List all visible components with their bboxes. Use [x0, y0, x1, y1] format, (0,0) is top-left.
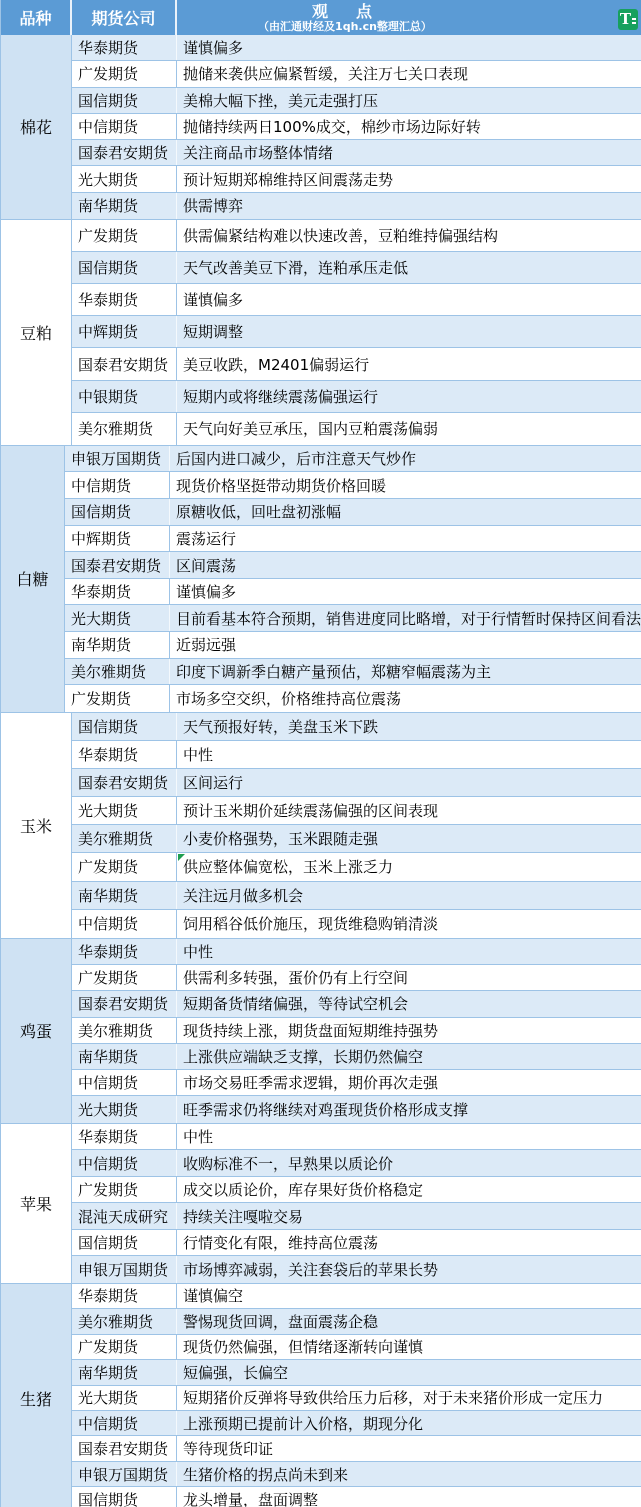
company-cell: 国信期货: [65, 499, 170, 525]
company-cell: 广发期货: [65, 685, 170, 712]
commodity-section: 棉花华泰期货谨慎偏多广发期货抛储来袭供应偏紧暂缓，关注万七关口表现国信期货美棉大…: [1, 35, 641, 220]
viewpoint-text: 饲用稻谷低价施压，现货维稳购销清淡: [183, 913, 438, 934]
viewpoint-cell: 短期备货情绪偏强，等待试空机会: [177, 991, 641, 1016]
viewpoint-text: 行情变化有限，维持高位震荡: [183, 1232, 378, 1253]
company-cell: 南华期货: [72, 1044, 177, 1069]
company-cell: 申银万国期货: [72, 1462, 177, 1486]
viewpoint-text: 区间运行: [183, 772, 243, 793]
viewpoint-text: 警惕现货回调，盘面震荡企稳: [183, 1311, 378, 1332]
table-row: 申银万国期货市场博弈减弱，关注套袋后的苹果长势: [72, 1256, 641, 1283]
table-row: 中银期货短期内或将继续震荡偏强运行: [72, 381, 641, 413]
table-row: 中信期货收购标准不一，早熟果以质论价: [72, 1150, 641, 1177]
table-row: 广发期货供应整体偏宽松，玉米上涨乏力: [72, 853, 641, 881]
table-row: 华泰期货中性: [72, 939, 641, 965]
company-cell: 光大期货: [72, 797, 177, 824]
viewpoint-cell: 供需利多转强，蛋价仍有上行空间: [177, 965, 641, 990]
company-cell: 南华期货: [65, 632, 170, 658]
viewpoint-cell: 现货持续上涨，期货盘面短期维持强势: [177, 1018, 641, 1043]
viewpoint-cell: 短偏强，长偏空: [177, 1360, 641, 1384]
viewpoint-text: 短期内或将继续震荡偏强运行: [183, 386, 378, 407]
viewpoint-cell: 饲用稻谷低价施压，现货维稳购销清淡: [177, 910, 641, 938]
company-cell: 广发期货: [72, 1177, 177, 1203]
company-cell: 广发期货: [72, 853, 177, 880]
section-rows: 华泰期货中性广发期货供需利多转强，蛋价仍有上行空间国泰君安期货短期备货情绪偏强，…: [72, 939, 641, 1123]
watermark-letter: T: [620, 12, 631, 27]
table-row: 美尔雅期货印度下调新季白糖产量预估，郑糖窄幅震荡为主: [65, 659, 641, 686]
table-row: 国泰君安期货美豆收跌，M2401偏弱运行: [72, 348, 641, 380]
company-cell: 申银万国期货: [72, 1256, 177, 1283]
company-cell: 美尔雅期货: [72, 825, 177, 852]
viewpoint-text: 预计玉米期价延续震荡偏强的区间表现: [183, 800, 438, 821]
viewpoint-cell: 中性: [177, 1124, 641, 1150]
table-row: 美尔雅期货现货持续上涨，期货盘面短期维持强势: [72, 1018, 641, 1044]
company-cell: 光大期货: [72, 166, 177, 191]
viewpoint-cell: 现货价格坚挺带动期货价格回暖: [170, 472, 641, 498]
variety-cell: 苹果: [1, 1124, 72, 1283]
company-cell: 广发期货: [72, 61, 177, 86]
table-row: 中辉期货震荡运行: [65, 526, 641, 553]
viewpoint-text: 谨慎偏多: [183, 37, 243, 58]
table-row: 光大期货预计玉米期价延续震荡偏强的区间表现: [72, 797, 641, 825]
viewpoint-cell: 警惕现货回调，盘面震荡企稳: [177, 1309, 641, 1333]
viewpoint-text: 关注商品市场整体情绪: [183, 142, 333, 163]
viewpoint-text: 上涨供应端缺乏支撑，长期仍然偏空: [183, 1046, 423, 1067]
company-cell: 广发期货: [72, 965, 177, 990]
table-row: 美尔雅期货小麦价格强势，玉米跟随走强: [72, 825, 641, 853]
viewpoint-text: 上涨预期已提前计入价格，期现分化: [183, 1413, 423, 1434]
company-cell: 国信期货: [72, 1230, 177, 1256]
table-row: 华泰期货中性: [72, 1124, 641, 1151]
table-row: 中信期货饲用稻谷低价施压，现货维稳购销清淡: [72, 910, 641, 938]
viewpoint-text: 成交以质论价，库存果好货价格稳定: [183, 1179, 423, 1200]
table-row: 广发期货成交以质论价，库存果好货价格稳定: [72, 1177, 641, 1204]
header-viewpoint-inner: 观 点 （由汇通财经及1qh.cn整理汇总）: [177, 3, 513, 33]
table-row: 光大期货旺季需求仍将继续对鸡蛋现货价格形成支撑: [72, 1096, 641, 1122]
viewpoint-text: 关注远月做多机会: [183, 885, 303, 906]
viewpoint-text: 原糖收低，回吐盘初涨幅: [176, 501, 341, 522]
header-variety: 品种: [1, 0, 72, 35]
viewpoint-text: 供需偏紧结构难以快速改善，豆粕维持偏强结构: [183, 225, 498, 246]
viewpoint-text: 小麦价格强势，玉米跟随走强: [183, 828, 378, 849]
table-row: 国泰君安期货关注商品市场整体情绪: [72, 140, 641, 166]
viewpoint-cell: 抛储来袭供应偏紧暂缓，关注万七关口表现: [177, 61, 641, 86]
variety-cell: 棉花: [1, 35, 72, 219]
table-row: 南华期货关注远月做多机会: [72, 882, 641, 910]
company-cell: 光大期货: [72, 1386, 177, 1410]
table-row: 美尔雅期货天气向好美豆承压，国内豆粕震荡偏弱: [72, 413, 641, 445]
company-cell: 中信期货: [72, 1070, 177, 1095]
viewpoint-text: 市场博弈减弱，关注套袋后的苹果长势: [183, 1259, 438, 1280]
viewpoint-cell: 市场交易旺季需求逻辑，期价再次走强: [177, 1070, 641, 1095]
variety-cell: 鸡蛋: [1, 939, 72, 1123]
table-row: 光大期货短期猪价反弹将导致供给压力后移，对于未来猪价形成一定压力: [72, 1386, 641, 1411]
commodity-section: 玉米国信期货天气预报好转，美盘玉米下跌华泰期货中性国泰君安期货区间运行光大期货预…: [1, 713, 641, 939]
table-row: 华泰期货谨慎偏多: [72, 35, 641, 61]
company-cell: 国泰君安期货: [72, 140, 177, 165]
viewpoint-text: 供需博弈: [183, 195, 243, 216]
viewpoint-cell: 短期内或将继续震荡偏强运行: [177, 381, 641, 412]
section-rows: 申银万国期货后国内进口减少，后市注意天气炒作中信期货现货价格坚挺带动期货价格回暖…: [65, 446, 641, 712]
company-cell: 国信期货: [72, 252, 177, 283]
company-cell: 华泰期货: [72, 741, 177, 768]
viewpoint-cell: 成交以质论价，库存果好货价格稳定: [177, 1177, 641, 1203]
viewpoint-text: 现货持续上涨，期货盘面短期维持强势: [183, 1020, 438, 1041]
viewpoint-text: 目前看基本符合预期，销售进度同比略增，对于行情暂时保持区间看法: [176, 608, 641, 629]
viewpoint-cell: 短期调整: [177, 316, 641, 347]
viewpoint-cell: 中性: [177, 741, 641, 768]
table-row: 南华期货短偏强，长偏空: [72, 1360, 641, 1385]
table-header: 品种 期货公司 观 点 （由汇通财经及1qh.cn整理汇总） T: [1, 0, 641, 35]
viewpoint-text: 抛储来袭供应偏紧暂缓，关注万七关口表现: [183, 63, 468, 84]
company-cell: 美尔雅期货: [72, 1309, 177, 1333]
table-row: 中信期货市场交易旺季需求逻辑，期价再次走强: [72, 1070, 641, 1096]
viewpoint-cell: 谨慎偏多: [177, 284, 641, 315]
table-row: 广发期货供需偏紧结构难以快速改善，豆粕维持偏强结构: [72, 220, 641, 252]
futures-opinions-table: 品种 期货公司 观 点 （由汇通财经及1qh.cn整理汇总） T 棉花华泰期货谨…: [0, 0, 641, 1507]
section-rows: 华泰期货谨慎偏多广发期货抛储来袭供应偏紧暂缓，关注万七关口表现国信期货美棉大幅下…: [72, 35, 641, 219]
viewpoint-cell: 市场多空交织，价格维持高位震荡: [170, 685, 641, 712]
viewpoint-cell: 行情变化有限，维持高位震荡: [177, 1230, 641, 1256]
viewpoint-text: 现货价格坚挺带动期货价格回暖: [176, 475, 386, 496]
viewpoint-cell: 收购标准不一，早熟果以质论价: [177, 1150, 641, 1176]
company-cell: 中辉期货: [72, 316, 177, 347]
company-cell: 中信期货: [65, 472, 170, 498]
company-cell: 国信期货: [72, 1487, 177, 1507]
table-row: 国泰君安期货短期备货情绪偏强，等待试空机会: [72, 991, 641, 1017]
company-cell: 华泰期货: [72, 284, 177, 315]
viewpoint-text: 谨慎偏空: [183, 1285, 243, 1306]
table-row: 国信期货天气改善美豆下滑，连粕承压走低: [72, 252, 641, 284]
viewpoint-cell: 市场博弈减弱，关注套袋后的苹果长势: [177, 1256, 641, 1283]
watermark-filter-icon: T: [618, 9, 638, 30]
company-cell: 华泰期货: [72, 1284, 177, 1308]
viewpoint-text: 生猪价格的拐点尚未到来: [183, 1464, 348, 1485]
viewpoint-text: 持续关注嘎啦交易: [183, 1206, 303, 1227]
section-rows: 广发期货供需偏紧结构难以快速改善，豆粕维持偏强结构国信期货天气改善美豆下滑，连粕…: [72, 220, 641, 445]
viewpoint-text: 供应整体偏宽松，玉米上涨乏力: [183, 856, 393, 877]
company-cell: 混沌天成研究: [72, 1203, 177, 1229]
company-cell: 申银万国期货: [65, 446, 170, 472]
table-row: 美尔雅期货警惕现货回调，盘面震荡企稳: [72, 1309, 641, 1334]
viewpoint-cell: 关注商品市场整体情绪: [177, 140, 641, 165]
viewpoint-cell: 供应整体偏宽松，玉米上涨乏力: [177, 853, 641, 880]
viewpoint-cell: 美棉大幅下挫，美元走强打压: [177, 88, 641, 113]
table-row: 华泰期货谨慎偏空: [72, 1284, 641, 1309]
viewpoint-cell: 生猪价格的拐点尚未到来: [177, 1462, 641, 1486]
viewpoint-text: 市场多空交织，价格维持高位震荡: [176, 688, 401, 709]
company-cell: 国信期货: [72, 88, 177, 113]
company-cell: 中辉期货: [65, 526, 170, 552]
viewpoint-cell: 旺季需求仍将继续对鸡蛋现货价格形成支撑: [177, 1096, 641, 1122]
commodity-section: 生猪华泰期货谨慎偏空美尔雅期货警惕现货回调，盘面震荡企稳广发期货现货仍然偏强，但…: [1, 1284, 641, 1507]
viewpoint-text: 供需利多转强，蛋价仍有上行空间: [183, 967, 408, 988]
company-cell: 美尔雅期货: [72, 413, 177, 445]
company-cell: 南华期货: [72, 882, 177, 909]
viewpoint-text: 区间震荡: [176, 555, 236, 576]
company-cell: 美尔雅期货: [72, 1018, 177, 1043]
viewpoint-cell: 谨慎偏多: [170, 579, 641, 605]
viewpoint-text: 印度下调新季白糖产量预估，郑糖窄幅震荡为主: [176, 661, 491, 682]
commodity-section: 豆粕广发期货供需偏紧结构难以快速改善，豆粕维持偏强结构国信期货天气改善美豆下滑，…: [1, 220, 641, 446]
table-row: 广发期货抛储来袭供应偏紧暂缓，关注万七关口表现: [72, 61, 641, 87]
viewpoint-text: 收购标准不一，早熟果以质论价: [183, 1153, 393, 1174]
viewpoint-cell: 天气改善美豆下滑，连粕承压走低: [177, 252, 641, 283]
commodity-section: 白糖申银万国期货后国内进口减少，后市注意天气炒作中信期货现货价格坚挺带动期货价格…: [1, 446, 641, 713]
table-row: 华泰期货中性: [72, 741, 641, 769]
viewpoint-text: 等待现货印证: [183, 1438, 273, 1459]
company-cell: 华泰期货: [65, 579, 170, 605]
viewpoint-text: 后国内进口减少，后市注意天气炒作: [176, 448, 416, 469]
table-row: 广发期货市场多空交织，价格维持高位震荡: [65, 685, 641, 712]
table-row: 国信期货天气预报好转，美盘玉米下跌: [72, 713, 641, 741]
table-row: 中辉期货短期调整: [72, 316, 641, 348]
section-rows: 国信期货天气预报好转，美盘玉米下跌华泰期货中性国泰君安期货区间运行光大期货预计玉…: [72, 713, 641, 938]
company-cell: 光大期货: [65, 605, 170, 631]
viewpoint-text: 谨慎偏多: [183, 289, 243, 310]
viewpoint-cell: 天气预报好转，美盘玉米下跌: [177, 713, 641, 740]
header-viewpoint-subtitle: （由汇通财经及1qh.cn整理汇总）: [177, 20, 513, 33]
company-cell: 国信期货: [72, 713, 177, 740]
company-cell: 中信期货: [72, 114, 177, 139]
header-viewpoint-title: 观 点: [177, 3, 513, 20]
table-row: 国泰君安期货区间震荡: [65, 552, 641, 579]
table-row: 国信期货行情变化有限，维持高位震荡: [72, 1230, 641, 1257]
viewpoint-cell: 预计玉米期价延续震荡偏强的区间表现: [177, 797, 641, 824]
commodity-section: 鸡蛋华泰期货中性广发期货供需利多转强，蛋价仍有上行空间国泰君安期货短期备货情绪偏…: [1, 939, 641, 1124]
company-cell: 中信期货: [72, 910, 177, 938]
viewpoint-text: 短偏强，长偏空: [183, 1362, 288, 1383]
table-row: 华泰期货谨慎偏多: [65, 579, 641, 606]
viewpoint-cell: 中性: [177, 939, 641, 964]
viewpoint-text: 震荡运行: [176, 528, 236, 549]
table-row: 华泰期货谨慎偏多: [72, 284, 641, 316]
viewpoint-text: 天气改善美豆下滑，连粕承压走低: [183, 257, 408, 278]
viewpoint-text: 中性: [183, 941, 213, 962]
company-cell: 南华期货: [72, 1360, 177, 1384]
variety-cell: 白糖: [1, 446, 65, 712]
table-row: 南华期货上涨供应端缺乏支撑，长期仍然偏空: [72, 1044, 641, 1070]
viewpoint-text: 近弱远强: [176, 634, 236, 655]
watermark-dashes-icon: [632, 18, 636, 26]
variety-cell: 玉米: [1, 713, 72, 938]
table-row: 南华期货供需博弈: [72, 193, 641, 219]
company-cell: 华泰期货: [72, 939, 177, 964]
viewpoint-cell: 谨慎偏多: [177, 35, 641, 60]
viewpoint-cell: 近弱远强: [170, 632, 641, 658]
viewpoint-cell: 天气向好美豆承压，国内豆粕震荡偏弱: [177, 413, 641, 445]
viewpoint-cell: 预计短期郑棉维持区间震荡走势: [177, 166, 641, 191]
viewpoint-text: 短期调整: [183, 321, 243, 342]
viewpoint-text: 短期备货情绪偏强，等待试空机会: [183, 993, 408, 1014]
viewpoint-text: 美棉大幅下挫，美元走强打压: [183, 90, 378, 111]
company-cell: 国泰君安期货: [72, 348, 177, 379]
viewpoint-cell: 持续关注嘎啦交易: [177, 1203, 641, 1229]
table-row: 国泰君安期货等待现货印证: [72, 1436, 641, 1461]
viewpoint-text: 旺季需求仍将继续对鸡蛋现货价格形成支撑: [183, 1099, 468, 1120]
viewpoint-cell: 上涨供应端缺乏支撑，长期仍然偏空: [177, 1044, 641, 1069]
table-row: 申银万国期货生猪价格的拐点尚未到来: [72, 1462, 641, 1487]
viewpoint-text: 中性: [183, 1126, 213, 1147]
viewpoint-cell: 抛储持续两日100%成交，棉纱市场边际好转: [177, 114, 641, 139]
viewpoint-cell: 原糖收低，回吐盘初涨幅: [170, 499, 641, 525]
viewpoint-cell: 区间震荡: [170, 552, 641, 578]
company-cell: 南华期货: [72, 193, 177, 219]
company-cell: 美尔雅期货: [65, 659, 170, 685]
company-cell: 广发期货: [72, 1335, 177, 1359]
viewpoint-cell: 美豆收跌，M2401偏弱运行: [177, 348, 641, 379]
viewpoint-text: 预计短期郑棉维持区间震荡走势: [183, 169, 393, 190]
cell-comment-marker-icon: [178, 854, 185, 861]
table-row: 中信期货抛储持续两日100%成交，棉纱市场边际好转: [72, 114, 641, 140]
viewpoint-text: 市场交易旺季需求逻辑，期价再次走强: [183, 1072, 438, 1093]
viewpoint-cell: 供需博弈: [177, 193, 641, 219]
viewpoint-cell: 短期猪价反弹将导致供给压力后移，对于未来猪价形成一定压力: [177, 1386, 641, 1410]
viewpoint-cell: 现货仍然偏强，但情绪逐渐转向谨慎: [177, 1335, 641, 1359]
company-cell: 国泰君安期货: [72, 769, 177, 796]
table-row: 光大期货预计短期郑棉维持区间震荡走势: [72, 166, 641, 192]
viewpoint-text: 中性: [183, 744, 213, 765]
company-cell: 光大期货: [72, 1096, 177, 1122]
viewpoint-cell: 区间运行: [177, 769, 641, 796]
company-cell: 国泰君安期货: [72, 1436, 177, 1460]
company-cell: 广发期货: [72, 220, 177, 251]
table-body: 棉花华泰期货谨慎偏多广发期货抛储来袭供应偏紧暂缓，关注万七关口表现国信期货美棉大…: [1, 35, 641, 1507]
variety-cell: 生猪: [1, 1284, 72, 1507]
company-cell: 中信期货: [72, 1411, 177, 1435]
table-row: 中信期货上涨预期已提前计入价格，期现分化: [72, 1411, 641, 1436]
viewpoint-cell: 目前看基本符合预期，销售进度同比略增，对于行情暂时保持区间看法: [170, 605, 641, 631]
company-cell: 华泰期货: [72, 1124, 177, 1150]
viewpoint-cell: 关注远月做多机会: [177, 882, 641, 909]
header-viewpoint: 观 点 （由汇通财经及1qh.cn整理汇总）: [177, 0, 641, 35]
viewpoint-text: 抛储持续两日100%成交，棉纱市场边际好转: [183, 116, 481, 137]
viewpoint-cell: 供需偏紧结构难以快速改善，豆粕维持偏强结构: [177, 220, 641, 251]
table-row: 国泰君安期货区间运行: [72, 769, 641, 797]
viewpoint-cell: 印度下调新季白糖产量预估，郑糖窄幅震荡为主: [170, 659, 641, 685]
viewpoint-text: 天气预报好转，美盘玉米下跌: [183, 716, 378, 737]
table-row: 混沌天成研究持续关注嘎啦交易: [72, 1203, 641, 1230]
viewpoint-cell: 后国内进口减少，后市注意天气炒作: [170, 446, 641, 472]
table-row: 中信期货现货价格坚挺带动期货价格回暖: [65, 472, 641, 499]
table-row: 广发期货供需利多转强，蛋价仍有上行空间: [72, 965, 641, 991]
table-row: 国信期货原糖收低，回吐盘初涨幅: [65, 499, 641, 526]
commodity-section: 苹果华泰期货中性中信期货收购标准不一，早熟果以质论价广发期货成交以质论价，库存果…: [1, 1124, 641, 1284]
table-row: 申银万国期货后国内进口减少，后市注意天气炒作: [65, 446, 641, 473]
company-cell: 国泰君安期货: [72, 991, 177, 1016]
variety-cell: 豆粕: [1, 220, 72, 445]
viewpoint-cell: 上涨预期已提前计入价格，期现分化: [177, 1411, 641, 1435]
viewpoint-cell: 谨慎偏空: [177, 1284, 641, 1308]
table-row: 广发期货现货仍然偏强，但情绪逐渐转向谨慎: [72, 1335, 641, 1360]
header-company: 期货公司: [72, 0, 177, 35]
section-rows: 华泰期货谨慎偏空美尔雅期货警惕现货回调，盘面震荡企稳广发期货现货仍然偏强，但情绪…: [72, 1284, 641, 1507]
viewpoint-cell: 小麦价格强势，玉米跟随走强: [177, 825, 641, 852]
viewpoint-text: 短期猪价反弹将导致供给压力后移，对于未来猪价形成一定压力: [183, 1387, 603, 1408]
viewpoint-cell: 震荡运行: [170, 526, 641, 552]
viewpoint-cell: 龙头增量，盘面调整: [177, 1487, 641, 1507]
table-row: 国信期货美棉大幅下挫，美元走强打压: [72, 88, 641, 114]
viewpoint-text: 天气向好美豆承压，国内豆粕震荡偏弱: [183, 418, 438, 439]
table-row: 南华期货近弱远强: [65, 632, 641, 659]
company-cell: 中银期货: [72, 381, 177, 412]
table-row: 光大期货目前看基本符合预期，销售进度同比略增，对于行情暂时保持区间看法: [65, 605, 641, 632]
company-cell: 中信期货: [72, 1150, 177, 1176]
viewpoint-text: 龙头增量，盘面调整: [183, 1489, 318, 1507]
section-rows: 华泰期货中性中信期货收购标准不一，早熟果以质论价广发期货成交以质论价，库存果好货…: [72, 1124, 641, 1283]
company-cell: 华泰期货: [72, 35, 177, 60]
viewpoint-cell: 等待现货印证: [177, 1436, 641, 1460]
viewpoint-text: 美豆收跌，M2401偏弱运行: [183, 354, 369, 375]
viewpoint-text: 谨慎偏多: [176, 581, 236, 602]
company-cell: 国泰君安期货: [65, 552, 170, 578]
table-row: 国信期货龙头增量，盘面调整: [72, 1487, 641, 1507]
viewpoint-text: 现货仍然偏强，但情绪逐渐转向谨慎: [183, 1336, 423, 1357]
